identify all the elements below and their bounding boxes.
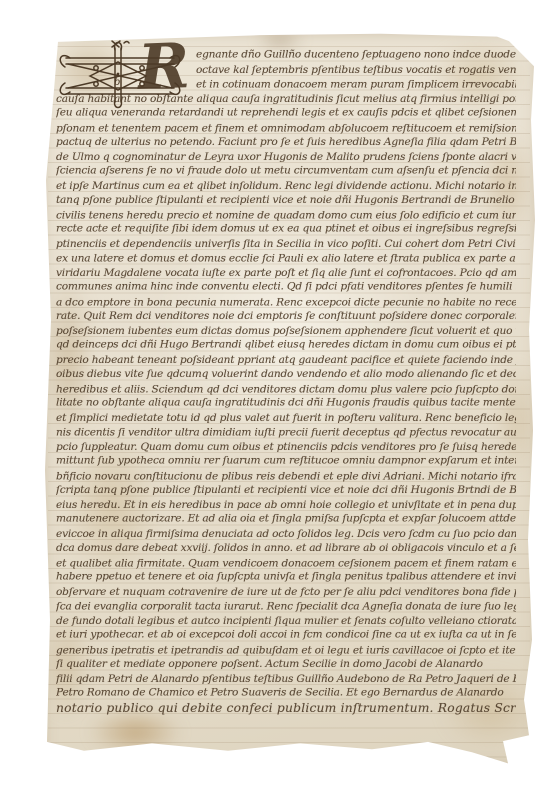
text-line: eviccoe in aliqua firmiſsima denuciata a… bbox=[56, 527, 516, 542]
text-line: rate. Quit Rem dci venditores noie dci e… bbox=[56, 309, 516, 324]
text-line: et qualibet alia firmitate. Quam vendico… bbox=[56, 556, 516, 571]
manuscript-text: egnante dño Guillño ducenteno ſeptuageno… bbox=[56, 48, 516, 715]
text-line: bñficio novaru conſtitucionu de plibus r… bbox=[56, 469, 516, 484]
text-line: pactuq de ulterius no petendo. Faciunt p… bbox=[56, 135, 516, 150]
text-line: de Ulmo q cognominatur de Leyra uxor Hug… bbox=[56, 150, 516, 165]
text-line: viridariu Magdalene vocata iuſte ex part… bbox=[56, 266, 516, 281]
notary-sign-letter: b bbox=[114, 77, 120, 88]
illuminated-initial: R bbox=[137, 31, 191, 103]
photo-background: b R egnante dño Guillño ducenteno ſeptua… bbox=[0, 0, 558, 800]
text-line: tanq pſone publice ſtipulanti et recipie… bbox=[56, 193, 516, 208]
text-line: dca domus dare debeat xxviij. ſolidos in… bbox=[56, 541, 516, 556]
text-line: litate no obſtante aliqua cauſa ingratit… bbox=[56, 396, 516, 411]
text-line: civilis tenens heredu precio et nomine d… bbox=[56, 208, 516, 223]
text-line: recte acte et requiſite ſibi idem domus … bbox=[56, 222, 516, 237]
text-line: ex una latere et domus et domus ecclie ſ… bbox=[56, 251, 516, 266]
text-line: et ſimplici medietate totu id qd plus va… bbox=[56, 411, 516, 426]
text-line: de fundo dotali legibus et autco incipie… bbox=[56, 614, 516, 629]
text-line: ſcripta tanq pſone publice ſtipulanti et… bbox=[56, 483, 516, 498]
text-line: poſseſsionem iubentes eum dictas domus p… bbox=[56, 324, 516, 339]
text-line: manutenere auctorizare. Et ad alia oia e… bbox=[56, 512, 516, 527]
text-line: communes anima hinc inde conventu electi… bbox=[56, 280, 516, 295]
text-line: heredibus et aliis. Sciendum qd dci vend… bbox=[56, 382, 516, 397]
text-line: generibus ipetratis et ipetrandis ad qui… bbox=[56, 643, 516, 658]
text-line: ſciencia aſserens ſe no vi fraude dolo u… bbox=[56, 164, 516, 179]
text-line: mittunt ſub ypotheca omniu rer ſuarum cu… bbox=[56, 454, 516, 469]
text-line: pcio ſuppleatur. Quam domu cum oibus et … bbox=[56, 440, 516, 455]
text-line: ptinenciis et dependenciis univerſis ſit… bbox=[56, 237, 516, 252]
parchment-sheet: b R egnante dño Guillño ducenteno ſeptua… bbox=[40, 30, 540, 770]
text-line: filii qdam Petri de Alanardo pſentibus t… bbox=[56, 672, 516, 687]
text-line: ſi qualiter et mediate opponere poſsent.… bbox=[56, 657, 516, 672]
text-line: Petro Romano de Chamico et Petro Suaveri… bbox=[56, 686, 516, 701]
text-line: a dco emptore in bona pecunia numerata. … bbox=[56, 295, 516, 310]
text-line: habere ppetuo et tenere et oia ſupſcpta … bbox=[56, 570, 516, 585]
text-line: obſervare et nuquam cotravenire de iure … bbox=[56, 585, 516, 600]
text-line: pſonam et tenentem pacem et finem et omn… bbox=[56, 121, 516, 135]
text-line: eius heredu. Et in eis heredibus in pace… bbox=[56, 498, 516, 513]
text-line: qd deinceps dci dñi Hugo Bertrandi qlibe… bbox=[56, 338, 516, 353]
text-line: precio habeant teneant poſsideant pprian… bbox=[56, 353, 516, 368]
text-line: ſca dei evanglia corporalit tacta iuraru… bbox=[56, 599, 516, 614]
text-line: oibus diebus vite ſue qdcumq voluerint d… bbox=[56, 367, 516, 382]
text-line: nis dicentis ſi venditor ultra dimidiam … bbox=[56, 425, 516, 440]
text-line: notario publico qui debite confeci publi… bbox=[56, 701, 516, 716]
text-line: et iuri ypothecar. et ab oi excepcoi dol… bbox=[56, 628, 516, 643]
text-line: et ipſe Martinus cum ea et qlibet inſoli… bbox=[56, 179, 516, 194]
